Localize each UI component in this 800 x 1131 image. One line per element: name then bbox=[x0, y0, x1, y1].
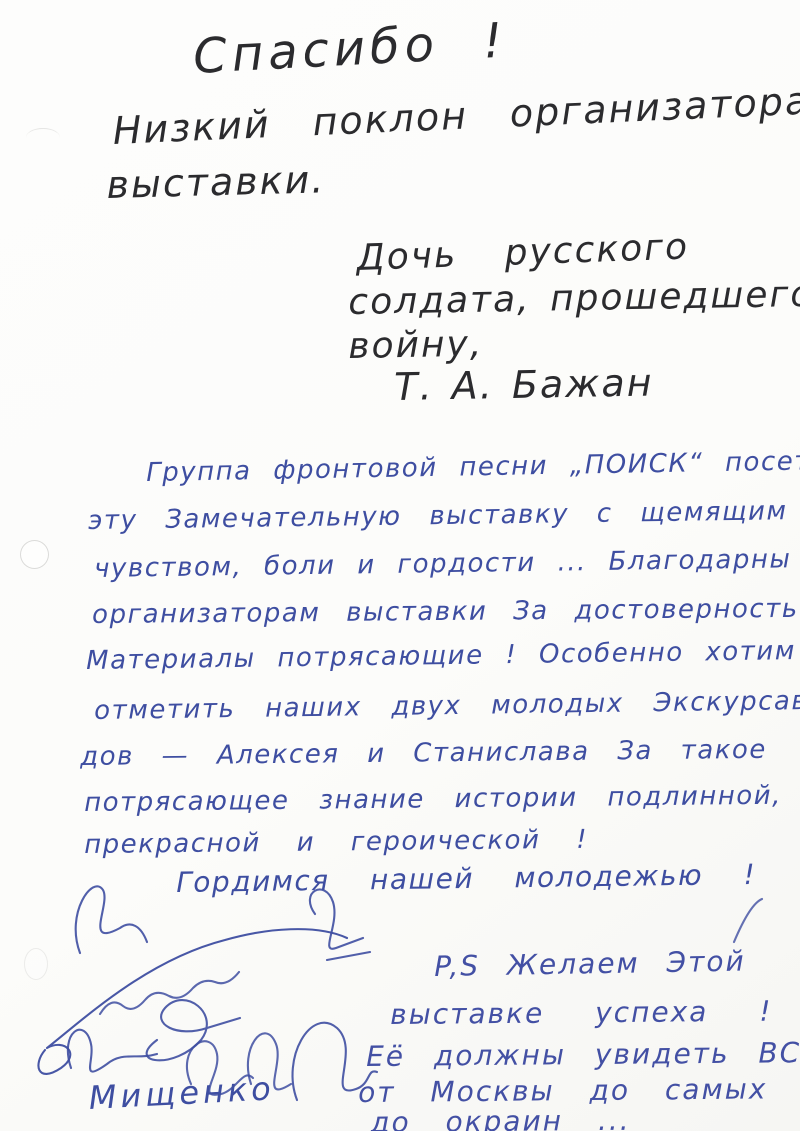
signature-scrawl bbox=[310, 889, 370, 960]
postscript-line: P,S Желаем Этой bbox=[434, 947, 746, 982]
guestbook-page: Спасибо ! Низкий поклон организаторам вы… bbox=[0, 0, 800, 1131]
handwritten-line: выставки. bbox=[106, 160, 326, 206]
signature-scrawl bbox=[100, 972, 239, 1014]
handwritten-line: потрясающее знание истории подлинной, bbox=[84, 783, 782, 818]
signature-bazhan: Т. А. Бажан bbox=[394, 363, 654, 407]
signature-scrawl bbox=[76, 886, 147, 953]
handwritten-line: дов — Алексея и Станислава За такое bbox=[80, 737, 767, 771]
postscript-line: Её должны увидеть ВСЕ bbox=[366, 1038, 800, 1071]
handwritten-line: организаторам выставки За достоверность … bbox=[92, 596, 800, 630]
signature-scrawl bbox=[147, 1000, 240, 1060]
thanks-headline: Спасибо ! bbox=[192, 16, 509, 83]
stray-pen-mark bbox=[728, 896, 768, 946]
scan-smudge bbox=[26, 128, 60, 147]
handwritten-line: Низкий поклон организаторам bbox=[112, 80, 800, 152]
handwritten-line: отметить наших двух молодых Экскурсаво- bbox=[94, 688, 800, 726]
handwritten-line: эту Замечательную выставку с щемящим bbox=[88, 498, 788, 535]
handwritten-line: чувством, боли и гордости ... Благодарны bbox=[94, 546, 792, 583]
handwritten-line: солдата, прошедшего bbox=[348, 276, 800, 322]
handwritten-line: Материалы потрясающие ! Особенно хотим bbox=[86, 638, 796, 675]
handwritten-line: Группа фронтовой песни „ПОИСК“ посетила bbox=[146, 447, 800, 487]
signature-scrawl bbox=[68, 1030, 157, 1072]
postscript-line: до окраин ... bbox=[370, 1106, 631, 1131]
handwritten-line: прекрасной и героической ! bbox=[84, 827, 588, 860]
postscript-line: от Москвы до самых bbox=[358, 1074, 767, 1107]
handwritten-line: войну, bbox=[348, 326, 484, 366]
hole-punch-mark bbox=[20, 540, 49, 569]
postscript-line: выставке успеха ! bbox=[390, 997, 773, 1030]
handwritten-line: Дочь русского bbox=[356, 228, 690, 277]
